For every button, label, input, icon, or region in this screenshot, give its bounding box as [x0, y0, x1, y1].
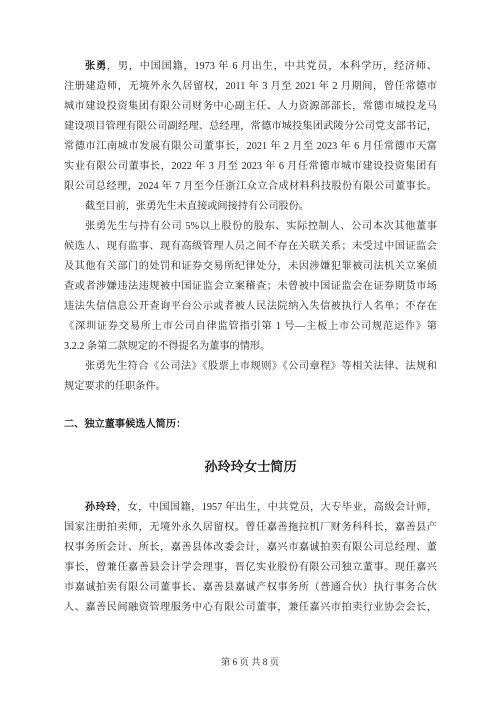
- paragraph-zhang-bio: 张勇，男，中国国籍，1973 年 6 月出生，中共党员，本科学历，经济师、 注册…: [64, 57, 437, 197]
- text-line: 限公司总经理，2024 年 7 月至今任浙江众立合成材料科技股份有限公司董事长。: [64, 177, 437, 197]
- text-line: 《深圳证券交易所上市公司自律监管指引第 1 号—主板上市公司规范运作》第: [64, 317, 437, 337]
- text-line: 及其他有关部门的处罚和证券交易所纪律处分，未因涉嫌犯罪被司法机关立案侦: [64, 257, 437, 277]
- text-line: 国家注册拍卖师，无境外永久居留权。曾任嘉善拖拉机厂财务科科长，嘉善县产: [64, 518, 437, 538]
- text-line: 截至目前，张勇先生未直接或间接持有公司股份。: [64, 197, 437, 217]
- section-heading: 二、独立董事候选人简历：: [64, 415, 437, 435]
- paragraph-zhang-compliance: 张勇先生与持有公司 5%以上股份的股东、实际控制人、公司本次其他董事 候选人、现…: [64, 217, 437, 357]
- paragraph-zhang-qualification: 张勇先生符合《公司法》《股票上市规则》《公司章程》等相关法律、法规和 规定要求的…: [64, 357, 437, 397]
- page-number-footer: 第 6 页 共 8 页: [0, 656, 500, 670]
- text-line: 事长，曾兼任嘉善县会计学会理事，晋亿实业股份有限公司独立董事。现任嘉兴: [64, 558, 437, 578]
- sun-resume-title: 孙玲玲女士简历: [64, 455, 437, 479]
- paragraph-sun-bio: 孙玲玲，女，中国国籍，1957 年出生，中共党员，大专毕业，高级会计师， 国家注…: [64, 498, 437, 618]
- text-span: ，男，中国国籍，1973 年 6 月出生，中共党员，本科学历，经济师、: [107, 61, 437, 72]
- text-line: 违法失信信息公开查询平台公示或者被人民法院纳入失信被执行人名单；不存在: [64, 297, 437, 317]
- text-line: 3.2.2 条第二款规定的不得提名为董事的情形。: [64, 337, 437, 357]
- text-span: ，女，中国国籍，1957 年出生，中共党员，大专毕业，高级会计师，: [117, 502, 437, 513]
- text-line: 查或者涉嫌违法违规被中国证监会立案稽查；未曾被中国证监会在证券期货市场: [64, 277, 437, 297]
- paragraph-zhang-shareholding: 截至目前，张勇先生未直接或间接持有公司股份。: [64, 197, 437, 217]
- text-line: 人、嘉善民间融资管理服务中心有限公司董事，兼任嘉兴市拍卖行业协会会长，: [64, 598, 437, 618]
- person-name-sun: 孙玲玲: [85, 502, 117, 513]
- text-line: 张勇先生与持有公司 5%以上股份的股东、实际控制人、公司本次其他董事: [64, 217, 437, 237]
- section-heading-row: 二、独立董事候选人简历：: [64, 415, 437, 435]
- text-line: 张勇先生符合《公司法》《股票上市规则》《公司章程》等相关法律、法规和: [64, 357, 437, 377]
- text-line: 实业有限公司董事长，2022 年 3 月至 2023 年 6 月任常德市城市建设…: [64, 157, 437, 177]
- text-line: 常德市江南城市发展有限公司董事长，2021 年 2 月至 2023 年 6 月任…: [64, 137, 437, 157]
- text-line: 市嘉诚拍卖有限公司董事长、嘉善县嘉诚产权事务所（普通合伙）执行事务合伙: [64, 578, 437, 598]
- text-line: 候选人、现有监事、现有高级管理人员之间不存在关联关系；未受过中国证监会: [64, 237, 437, 257]
- text-line: 注册建造师，无境外永久居留权，2011 年 3 月至 2021 年 2 月期间，…: [64, 77, 437, 97]
- text-line: 孙玲玲，女，中国国籍，1957 年出生，中共党员，大专毕业，高级会计师，: [64, 498, 437, 518]
- text-line: 权事务所会计、所长，嘉善县体改委会计，嘉兴市嘉诚拍卖有限公司总经理、董: [64, 538, 437, 558]
- text-line: 城市建设投资集团有限公司财务中心副主任、人力资源部部长，常德市城投龙马: [64, 97, 437, 117]
- text-line: 建设项目管理有限公司副经理、总经理，常德市城投集团武陵分公司党支部书记，: [64, 117, 437, 137]
- person-name-zhang: 张勇: [85, 61, 107, 72]
- text-line: 张勇，男，中国国籍，1973 年 6 月出生，中共党员，本科学历，经济师、: [64, 57, 437, 77]
- text-line: 规定要求的任职条件。: [64, 377, 437, 397]
- document-page: 张勇，男，中国国籍，1973 年 6 月出生，中共党员，本科学历，经济师、 注册…: [0, 0, 500, 707]
- document-content: 张勇，男，中国国籍，1973 年 6 月出生，中共党员，本科学历，经济师、 注册…: [64, 57, 437, 618]
